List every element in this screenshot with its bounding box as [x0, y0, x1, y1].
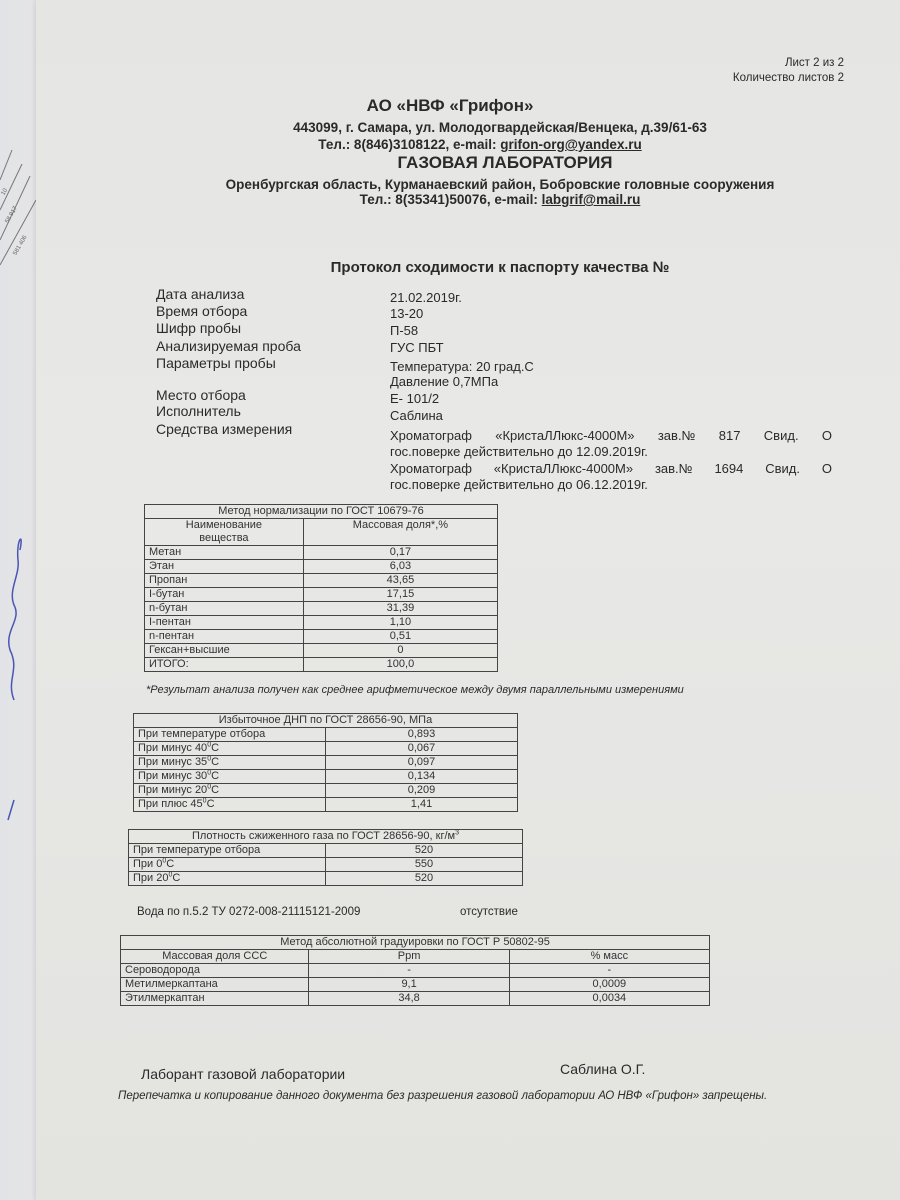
instrument-2: Хроматограф «КристаЛЛюкс-4000М» зав.№ 16… — [390, 461, 832, 493]
condition: При плюс 450С — [134, 798, 326, 812]
mass-percent-value: 0,0009 — [509, 978, 709, 992]
table-row: Пропан43,65 — [145, 574, 498, 588]
table-row: При минус 400С0,067 — [134, 742, 518, 756]
density-caption: Плотность сжиженного газа по ГОСТ 28656-… — [129, 830, 523, 844]
water-label: Вода по п.5.2 ТУ 0272-008-21115121-2009 — [137, 906, 360, 918]
vapor-pressure-table: Избыточное ДНП по ГОСТ 28656-90, МПа При… — [133, 713, 518, 812]
condition: При минус 400С — [134, 742, 326, 756]
substance-name: Метан — [145, 546, 304, 560]
organization-contacts: Тел.: 8(846)3108122, e-mail: grifon-org@… — [0, 137, 900, 152]
table-row: Метилмеркаптана9,10,0009 — [121, 978, 710, 992]
condition: При минус 200С — [134, 784, 326, 798]
field-label-sampling-time: Время отбора — [156, 303, 247, 319]
field-value-pressure: Давление 0,7МПа — [390, 374, 498, 389]
field-label-performer: Исполнитель — [156, 403, 241, 419]
organization-address: 443099, г. Самара, ул. Молодогвардейская… — [0, 120, 900, 135]
substance-name: Этан — [145, 560, 304, 574]
sulfur-compounds-table: Метод абсолютной градуировки по ГОСТ Р 5… — [120, 935, 710, 1006]
sulfur-col-ppm: Ppm — [309, 950, 509, 964]
table-row: n-пентан0,51 — [145, 630, 498, 644]
pressure-value: 0,067 — [326, 742, 518, 756]
table-row: Этилмеркаптан34,80,0034 — [121, 992, 710, 1006]
document-title: Протокол сходимости к паспорту качества … — [0, 259, 900, 276]
pressure-value: 1,41 — [326, 798, 518, 812]
table-row: При минус 350С0,097 — [134, 756, 518, 770]
composition-caption: Метод нормализации по ГОСТ 10679-76 — [145, 505, 498, 519]
instrument-1: Хроматограф «КристаЛЛюкс-4000М» зав.№ 81… — [390, 428, 832, 460]
table-row: При температуре отбора520 — [129, 844, 523, 858]
field-value-sample-code: П-58 — [390, 323, 418, 338]
pressure-value: 0,893 — [326, 728, 518, 742]
field-value-performer: Саблина — [390, 408, 443, 423]
substance-name: Гексан+высшие — [145, 644, 304, 658]
condition: При 00С — [129, 858, 326, 872]
page-of: Лист 2 из 2 — [733, 56, 844, 71]
copyright-disclaimer: Перепечатка и копирование данного докуме… — [118, 1090, 767, 1102]
condition: При минус 300С — [134, 770, 326, 784]
substance-name: n-пентан — [145, 630, 304, 644]
water-value: отсутствие — [460, 906, 518, 918]
composition-col-name: Наименование вещества — [145, 519, 304, 546]
density-value: 520 — [326, 844, 523, 858]
mass-fraction: 0 — [303, 644, 497, 658]
composition-col-value: Массовая доля*,% — [303, 519, 497, 546]
pressure-value: 0,097 — [326, 756, 518, 770]
condition: При температуре отбора — [129, 844, 326, 858]
mass-fraction: 0,17 — [303, 546, 497, 560]
substance-name: I-бутан — [145, 588, 304, 602]
field-label-instruments: Средства измерения — [156, 421, 292, 437]
substance-name: ИТОГО: — [145, 658, 304, 672]
field-value-temperature: Температура: 20 град.С — [390, 359, 534, 374]
compound-name: Этилмеркаптан — [121, 992, 309, 1006]
field-value-sampling-time: 13-20 — [390, 306, 423, 321]
table-row: Метан0,17 — [145, 546, 498, 560]
field-label-sample-type: Анализируемая проба — [156, 338, 301, 354]
mass-percent-value: 0,0034 — [509, 992, 709, 1006]
ppm-value: - — [309, 964, 509, 978]
mass-fraction: 17,15 — [303, 588, 497, 602]
field-label-sample-params: Параметры пробы — [156, 355, 276, 371]
field-value-sampling-place: Е- 101/2 — [390, 391, 439, 406]
pressure-value: 0,209 — [326, 784, 518, 798]
signature-name: Саблина О.Г. — [560, 1061, 645, 1077]
organization-email-link[interactable]: grifon-org@yandex.ru — [500, 137, 641, 152]
field-label-analysis-date: Дата анализа — [156, 286, 244, 302]
mass-fraction: 100,0 — [303, 658, 497, 672]
table-row: ИТОГО:100,0 — [145, 658, 498, 672]
laboratory-contacts: Тел.: 8(35341)50076, e-mail: labgrif@mai… — [0, 192, 900, 207]
sulfur-col-name: Массовая доля ССС — [121, 950, 309, 964]
sheet-count: Количество листов 2 — [733, 71, 844, 86]
mass-fraction: 6,03 — [303, 560, 497, 574]
ppm-value: 34,8 — [309, 992, 509, 1006]
field-value-analysis-date: 21.02.2019г. — [390, 290, 462, 305]
mass-fraction: 31,39 — [303, 602, 497, 616]
table-row: n-бутан31,39 — [145, 602, 498, 616]
composition-footnote: *Результат анализа получен как среднее а… — [146, 684, 684, 696]
laboratory-email-link[interactable]: labgrif@mail.ru — [542, 192, 641, 207]
condition: При минус 350С — [134, 756, 326, 770]
composition-table: Метод нормализации по ГОСТ 10679-76 Наим… — [144, 504, 498, 672]
mass-fraction: 1,10 — [303, 616, 497, 630]
mass-fraction: 0,51 — [303, 630, 497, 644]
table-row: При 200С520 — [129, 872, 523, 886]
signature-role: Лаборант газовой лаборатории — [141, 1066, 345, 1082]
table-row: При температуре отбора0,893 — [134, 728, 518, 742]
field-value-sample-type: ГУС ПБТ — [390, 340, 444, 355]
field-label-sampling-place: Место отбора — [156, 387, 246, 403]
pressure-value: 0,134 — [326, 770, 518, 784]
svg-text:58 917: 58 917 — [5, 205, 20, 224]
table-row: Сероводорода-- — [121, 964, 710, 978]
substance-name: n-бутан — [145, 602, 304, 616]
compound-name: Сероводорода — [121, 964, 309, 978]
table-row: При минус 200С0,209 — [134, 784, 518, 798]
substance-name: Пропан — [145, 574, 304, 588]
mass-fraction: 43,65 — [303, 574, 497, 588]
vapor-pressure-caption: Избыточное ДНП по ГОСТ 28656-90, МПа — [134, 714, 518, 728]
density-value: 520 — [326, 872, 523, 886]
ppm-value: 9,1 — [309, 978, 509, 992]
substance-name: I-пентан — [145, 616, 304, 630]
laboratory-address: Оренбургская область, Курманаевский райо… — [0, 177, 900, 192]
table-row: При плюс 450С1,41 — [134, 798, 518, 812]
table-row: I-бутан17,15 — [145, 588, 498, 602]
table-row: Этан6,03 — [145, 560, 498, 574]
organization-name: АО «НВФ «Грифон» — [0, 96, 900, 116]
density-value: 550 — [326, 858, 523, 872]
sulfur-col-mass: % масс — [509, 950, 709, 964]
compound-name: Метилмеркаптана — [121, 978, 309, 992]
condition: При температуре отбора — [134, 728, 326, 742]
condition: При 200С — [129, 872, 326, 886]
table-row: I-пентан1,10 — [145, 616, 498, 630]
table-row: При минус 300С0,134 — [134, 770, 518, 784]
sheet-info: Лист 2 из 2 Количество листов 2 — [733, 56, 844, 86]
sulfur-caption: Метод абсолютной градуировки по ГОСТ Р 5… — [121, 936, 710, 950]
laboratory-name: ГАЗОВАЯ ЛАБОРАТОРИЯ — [0, 153, 900, 173]
handwritten-mark — [0, 520, 30, 840]
field-label-sample-code: Шифр пробы — [156, 320, 241, 336]
table-row: При 00С550 — [129, 858, 523, 872]
density-table: Плотность сжиженного газа по ГОСТ 28656-… — [128, 829, 523, 886]
table-row: Гексан+высшие0 — [145, 644, 498, 658]
mass-percent-value: - — [509, 964, 709, 978]
